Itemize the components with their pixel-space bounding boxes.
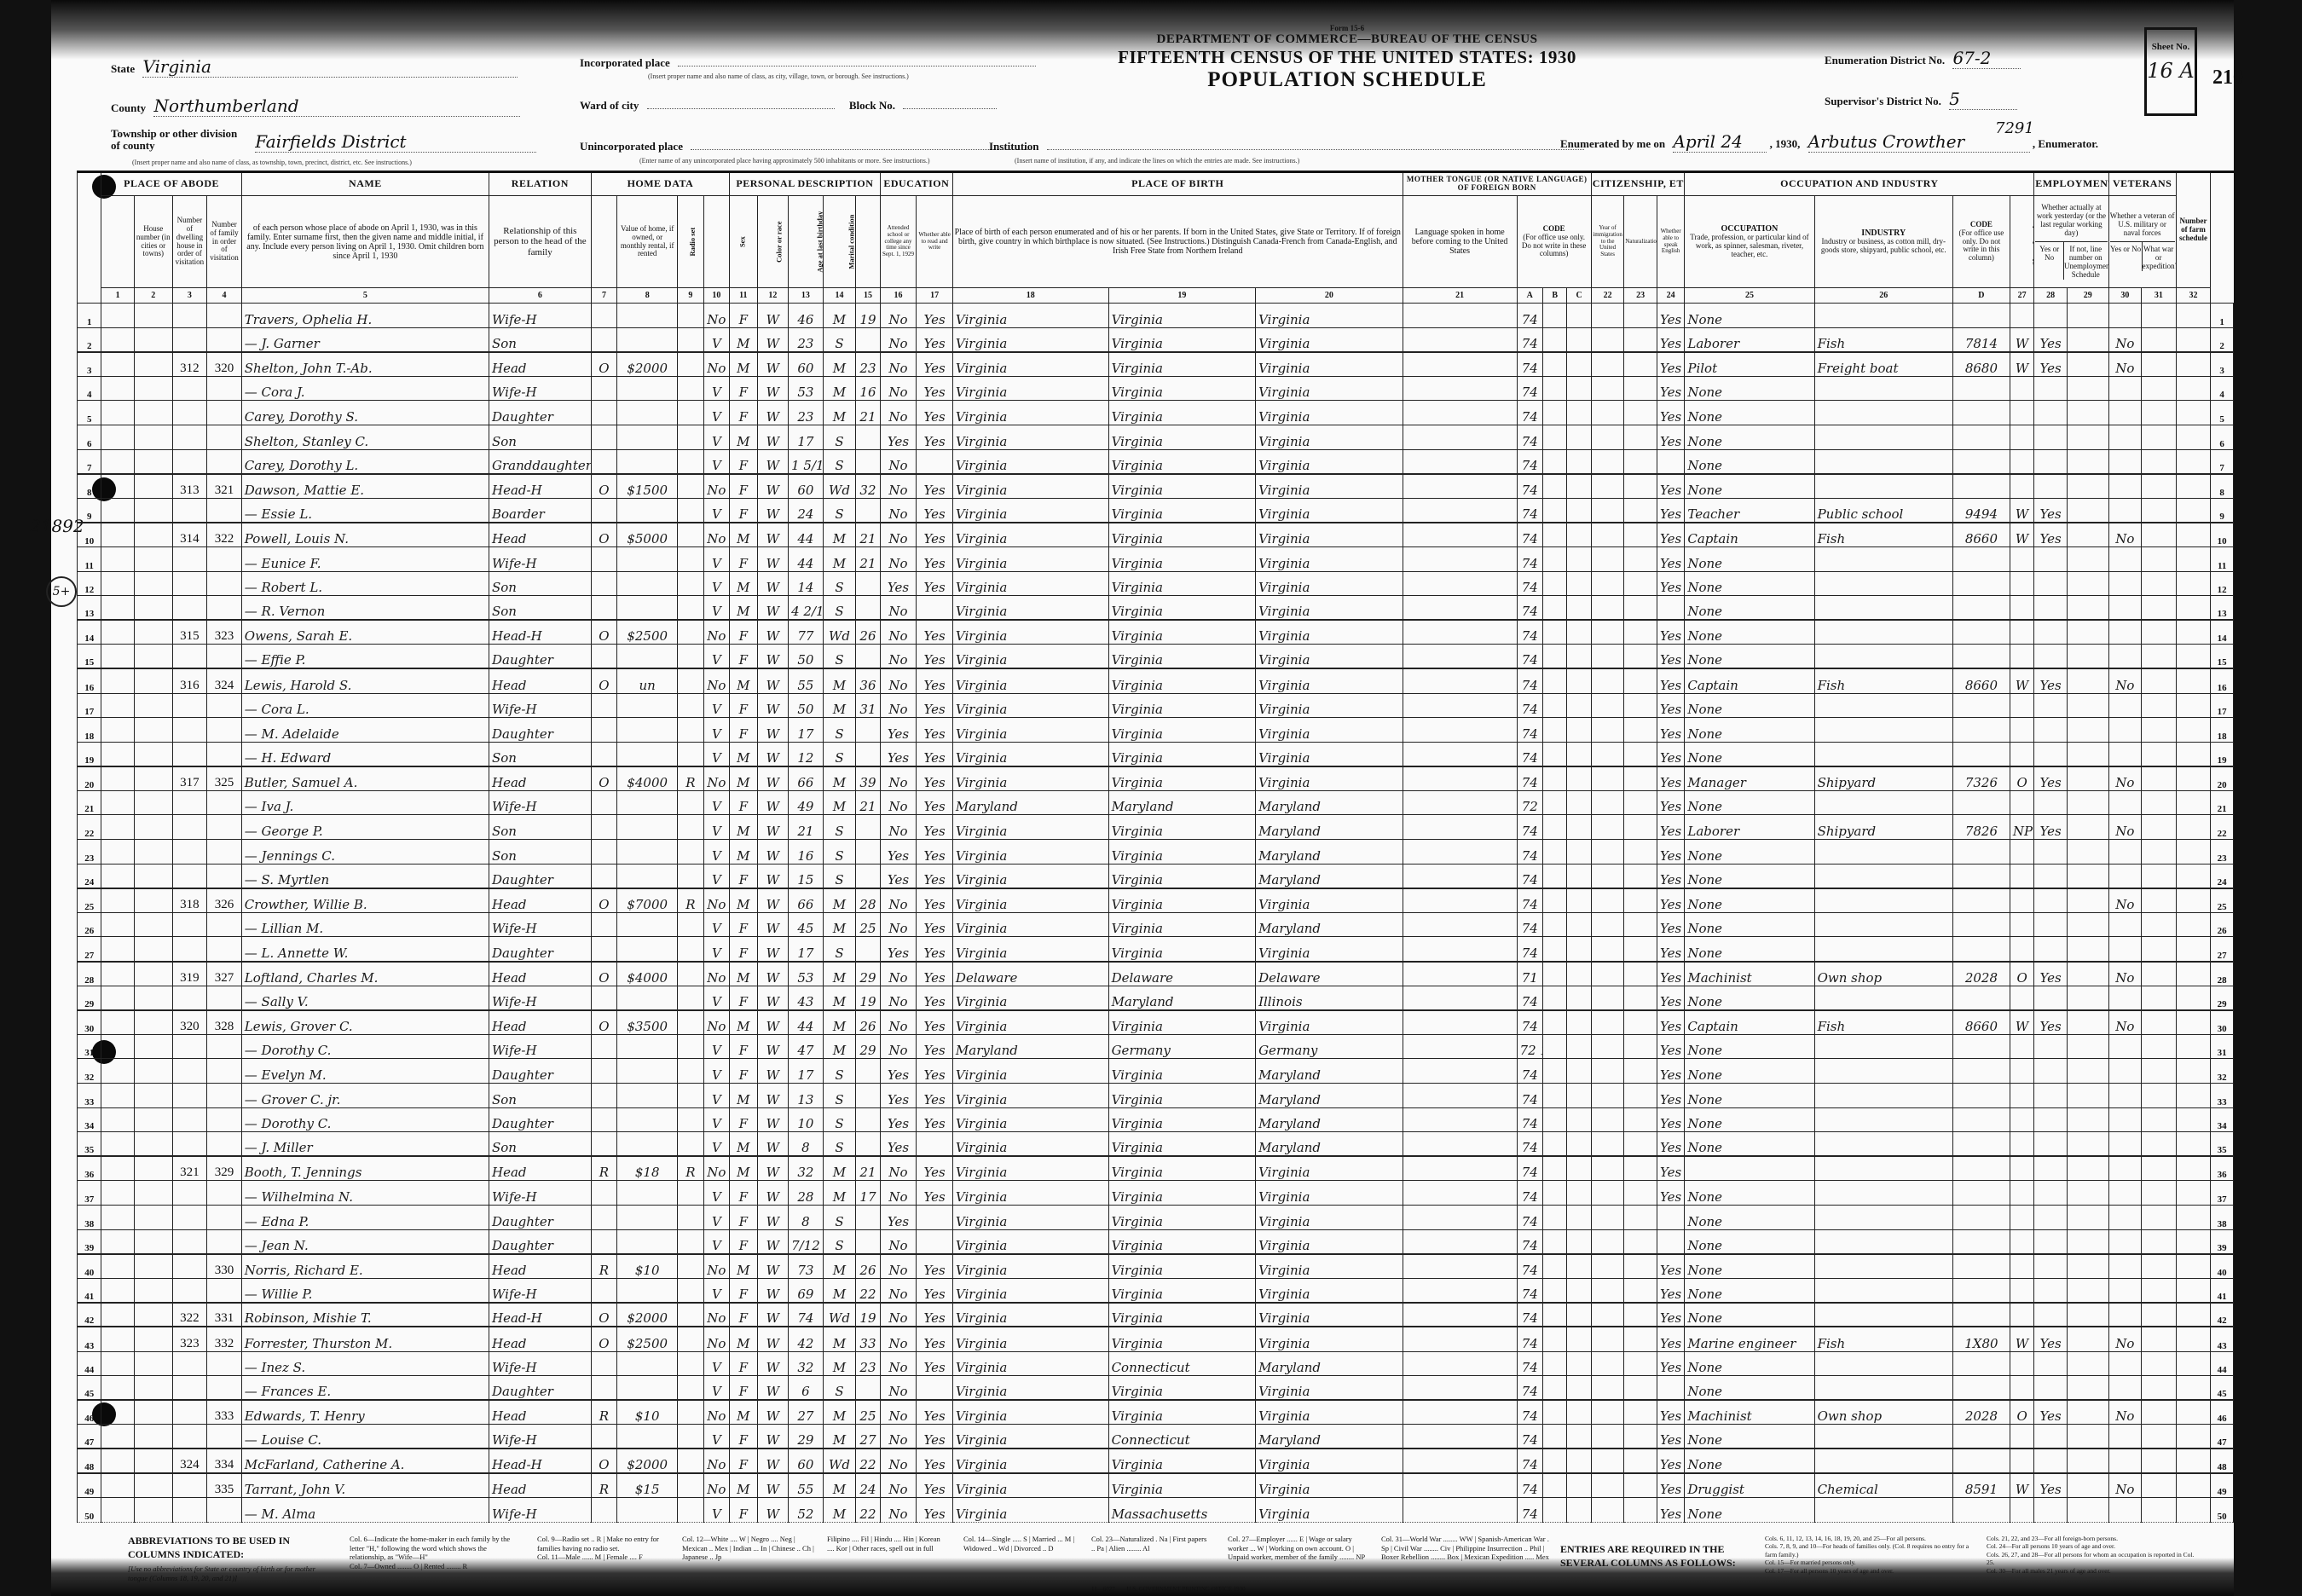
relation: Head	[489, 1400, 592, 1425]
farm: V	[703, 546, 729, 571]
home-value: $4000	[617, 766, 678, 791]
occupation-code: 8660	[1952, 668, 2010, 693]
birthplace-father: Maryland	[1108, 790, 1256, 815]
language	[1403, 1425, 1517, 1449]
home-owned	[591, 498, 616, 523]
veteran	[2108, 912, 2142, 937]
occupation-code	[1952, 1449, 2010, 1473]
sheet-number-box: Sheet No. 16 A	[2144, 27, 2197, 116]
table-row: 38— Edna P.DaughterVFW8SYesVirginiaVirgi…	[78, 1205, 2234, 1229]
line-number-right: 12	[2211, 571, 2234, 596]
attended-school: No	[880, 1156, 917, 1181]
line-number-right: 36	[2211, 1156, 2234, 1181]
birthplace-father: Virginia	[1108, 352, 1256, 377]
radio-set	[678, 352, 703, 377]
header-c11: Sex	[730, 196, 757, 288]
blank-cell	[101, 693, 135, 718]
line-number: 21	[78, 790, 101, 815]
age-first-marriage: 19	[856, 1303, 880, 1327]
race: W	[757, 742, 789, 766]
farm: No	[703, 1327, 729, 1351]
home-owned: O	[591, 766, 616, 791]
race: W	[757, 498, 789, 523]
blank-cell	[2067, 693, 2108, 718]
sex: M	[730, 327, 757, 352]
class-of-worker	[2010, 1254, 2033, 1279]
abbrev-col31: Col. 31—World War ........ WW | Spanish-…	[1381, 1535, 1552, 1562]
column-number: 16	[880, 288, 917, 304]
home-value	[617, 1425, 678, 1449]
entries-title: ENTRIES ARE REQUIRED IN THE SEVERAL COLU…	[1560, 1543, 1756, 1570]
birthplace-father: Virginia	[1108, 620, 1256, 645]
class-of-worker	[2010, 1376, 2033, 1401]
speaks-english: Yes	[1657, 1351, 1684, 1376]
class-of-worker	[2010, 1156, 2033, 1181]
blank-cell	[134, 912, 172, 937]
home-value: $15	[617, 1473, 678, 1498]
blank-cell	[1591, 668, 1624, 693]
age-first-marriage: 21	[856, 1156, 880, 1181]
marital: S	[823, 1205, 856, 1229]
occupation-code	[1952, 986, 2010, 1010]
attended-school: No	[880, 1034, 917, 1059]
occupation-code	[1952, 546, 2010, 571]
blank-cell	[2142, 1156, 2177, 1181]
blank-cell	[1567, 1278, 1591, 1303]
home-owned	[591, 864, 616, 888]
family-number	[207, 937, 242, 962]
class-of-worker	[2010, 1498, 2033, 1523]
header-c10: Does this family live on a farm?	[703, 196, 729, 288]
line-number-right: 29	[2211, 986, 2234, 1010]
blank-cell	[101, 1449, 135, 1473]
marital: M	[823, 304, 856, 328]
occupation: None	[1685, 1425, 1814, 1449]
farm: No	[703, 1010, 729, 1035]
line-number-right: 17	[2211, 693, 2234, 718]
sex: F	[730, 645, 757, 669]
blank-cell	[2142, 1254, 2177, 1279]
radio-set	[678, 620, 703, 645]
relation: Daughter	[489, 645, 592, 669]
line-number: 18	[78, 718, 101, 743]
blank-cell	[1567, 1351, 1591, 1376]
attended-school: No	[880, 790, 917, 815]
home-value	[617, 1084, 678, 1108]
radio-set	[678, 425, 703, 449]
language	[1403, 1205, 1517, 1229]
at-work	[2034, 376, 2068, 401]
enumerated-date: April 24	[1673, 131, 1767, 153]
language	[1403, 425, 1517, 449]
birthplace-father: Virginia	[1108, 815, 1256, 840]
age: 50	[789, 645, 824, 669]
person-name: — Lillian M.	[241, 912, 489, 937]
blank-cell	[101, 474, 135, 499]
farm: V	[703, 376, 729, 401]
marital: S	[823, 498, 856, 523]
header-c17: Whether able to read and write	[917, 196, 953, 288]
language	[1403, 962, 1517, 986]
age: 14	[789, 571, 824, 596]
blank-cell	[134, 742, 172, 766]
blank-cell	[2067, 1278, 2108, 1303]
age-first-marriage: 28	[856, 888, 880, 913]
race: W	[757, 1400, 789, 1425]
read-write	[917, 596, 953, 621]
blank-cell	[1542, 1327, 1566, 1351]
sex: F	[730, 864, 757, 888]
industry	[1814, 1084, 1952, 1108]
radio-set	[678, 840, 703, 864]
blank-cell	[101, 790, 135, 815]
home-owned	[591, 1498, 616, 1523]
home-owned: O	[591, 1010, 616, 1035]
age-first-marriage	[856, 498, 880, 523]
blank-cell	[1567, 571, 1591, 596]
relation: Wife-H	[489, 986, 592, 1010]
read-write: Yes	[917, 1351, 953, 1376]
blank-cell	[1567, 1205, 1591, 1229]
age-first-marriage	[856, 1107, 880, 1132]
blank-cell	[1542, 1205, 1566, 1229]
blank-cell	[2142, 596, 2177, 621]
home-value: $2500	[617, 1327, 678, 1351]
blank-cell	[1591, 645, 1624, 669]
birthplace-mother: Virginia	[1256, 1278, 1403, 1303]
sex: F	[730, 376, 757, 401]
blank-cell	[1567, 474, 1591, 499]
occupation-code	[1952, 376, 2010, 401]
blank-cell	[101, 1425, 135, 1449]
home-value	[617, 571, 678, 596]
dwelling-number	[172, 327, 207, 352]
read-write: Yes	[917, 742, 953, 766]
age-first-marriage	[856, 449, 880, 474]
home-value: un	[617, 668, 678, 693]
sex: F	[730, 449, 757, 474]
blank-cell	[134, 546, 172, 571]
read-write: Yes	[917, 571, 953, 596]
speaks-english: Yes	[1657, 1303, 1684, 1327]
occupation-code	[1952, 1084, 2010, 1108]
marital: M	[823, 986, 856, 1010]
blank-cell	[1567, 815, 1591, 840]
blank-cell	[134, 1498, 172, 1523]
birthplace-person: Virginia	[952, 1156, 1108, 1181]
speaks-english: Yes	[1657, 693, 1684, 718]
person-name: — Jennings C.	[241, 840, 489, 864]
speaks-english: Yes	[1657, 742, 1684, 766]
relation: Son	[489, 1084, 592, 1108]
occupation: None	[1685, 1376, 1814, 1401]
blank-cell	[101, 498, 135, 523]
birth-code: 74	[1517, 693, 1542, 718]
column-number: 5	[241, 288, 489, 304]
blank-cell	[2176, 986, 2211, 1010]
radio-set: R	[678, 888, 703, 913]
home-value	[617, 718, 678, 743]
blank-cell	[1542, 1107, 1566, 1132]
relation: Daughter	[489, 1059, 592, 1084]
marital: S	[823, 449, 856, 474]
table-row: 42322331Robinson, Mishie T.Head-HO$2000N…	[78, 1303, 2234, 1327]
blank-cell	[2142, 474, 2177, 499]
read-write: Yes	[917, 1449, 953, 1473]
line-number-right: 33	[2211, 1084, 2234, 1108]
veteran	[2108, 1278, 2142, 1303]
industry: Freight boat	[1814, 352, 1952, 377]
blank-cell	[101, 1376, 135, 1401]
blank-cell	[1542, 864, 1566, 888]
ed-value: 67-2	[1952, 48, 2021, 69]
blank-cell	[1591, 1034, 1624, 1059]
speaks-english: Yes	[1657, 546, 1684, 571]
sex: M	[730, 1400, 757, 1425]
sex: F	[730, 1278, 757, 1303]
group-mother-tongue: MOTHER TONGUE (OR NATIVE LANGUAGE) OF FO…	[1403, 172, 1591, 196]
industry	[1814, 840, 1952, 864]
sex: M	[730, 1254, 757, 1279]
blank-cell	[2176, 840, 2211, 864]
blank-cell	[2142, 1205, 2177, 1229]
at-work: Yes	[2034, 498, 2068, 523]
occupation: Captain	[1685, 1010, 1814, 1035]
sex: F	[730, 912, 757, 937]
birthplace-person: Virginia	[952, 1473, 1108, 1498]
blank-cell	[1567, 1059, 1591, 1084]
class-of-worker	[2010, 620, 2033, 645]
birthplace-father: Virginia	[1108, 376, 1256, 401]
birthplace-father: Virginia	[1108, 1278, 1256, 1303]
class-of-worker	[2010, 1059, 2033, 1084]
marital: M	[823, 693, 856, 718]
blank-cell	[2142, 766, 2177, 791]
blank-cell	[1624, 766, 1657, 791]
race: W	[757, 546, 789, 571]
birthplace-person: Virginia	[952, 864, 1108, 888]
language	[1403, 449, 1517, 474]
line-number: 17	[78, 693, 101, 718]
blank-cell	[2142, 1327, 2177, 1351]
blank-cell	[134, 596, 172, 621]
blank-cell	[1567, 840, 1591, 864]
blank-cell	[1591, 1351, 1624, 1376]
family-number: 327	[207, 962, 242, 986]
dwelling-number	[172, 1132, 207, 1157]
age-first-marriage: 33	[856, 1327, 880, 1351]
language	[1403, 474, 1517, 499]
header-c27: Class of worker	[2010, 196, 2033, 288]
family-number	[207, 304, 242, 328]
table-row: 43323332Forrester, Thurston M.HeadO$2500…	[78, 1327, 2234, 1351]
at-work	[2034, 449, 2068, 474]
blank-cell	[134, 1351, 172, 1376]
dwelling-number: 322	[172, 1303, 207, 1327]
blank-cell	[2142, 1473, 2177, 1498]
family-number	[207, 1084, 242, 1108]
column-number: 32	[2176, 288, 2211, 304]
age: 53	[789, 376, 824, 401]
family-number	[207, 1229, 242, 1254]
at-work: Yes	[2034, 668, 2068, 693]
family-number: 329	[207, 1156, 242, 1181]
age-first-marriage	[856, 815, 880, 840]
at-work: Yes	[2034, 1327, 2068, 1351]
blank-cell	[1567, 1254, 1591, 1279]
line-number: 22	[78, 815, 101, 840]
line-number: 16	[78, 668, 101, 693]
birthplace-father: Virginia	[1108, 1084, 1256, 1108]
header-c22: Year of immigration to the United States	[1591, 196, 1624, 288]
birth-code: 74	[1517, 523, 1542, 547]
blank-cell	[1624, 1107, 1657, 1132]
blank-cell	[2176, 1327, 2211, 1351]
marital: M	[823, 1156, 856, 1181]
sex: F	[730, 790, 757, 815]
age-first-marriage	[856, 425, 880, 449]
race: W	[757, 645, 789, 669]
person-name: — Robert L.	[241, 571, 489, 596]
at-work: Yes	[2034, 815, 2068, 840]
veteran	[2108, 1205, 2142, 1229]
blank-cell	[2176, 1278, 2211, 1303]
speaks-english: Yes	[1657, 888, 1684, 913]
blank-cell	[2176, 668, 2211, 693]
attended-school: Yes	[880, 1205, 917, 1229]
radio-set	[678, 1376, 703, 1401]
at-work: Yes	[2034, 766, 2068, 791]
dwelling-number	[172, 376, 207, 401]
birthplace-father: Virginia	[1108, 718, 1256, 743]
industry: Own shop	[1814, 962, 1952, 986]
line-number-right: 40	[2211, 1254, 2234, 1279]
blank-cell	[2176, 693, 2211, 718]
blank-cell	[134, 498, 172, 523]
attended-school: No	[880, 1327, 917, 1351]
sex: M	[730, 815, 757, 840]
person-name: Carey, Dorothy L.	[241, 449, 489, 474]
language	[1403, 1498, 1517, 1523]
blank-cell	[2176, 962, 2211, 986]
occupation-code	[1952, 401, 2010, 425]
blank-cell	[1567, 304, 1591, 328]
marital: M	[823, 401, 856, 425]
attended-school: No	[880, 645, 917, 669]
age: 44	[789, 523, 824, 547]
blank-cell	[1591, 742, 1624, 766]
age: 43	[789, 986, 824, 1010]
blank-cell	[1542, 523, 1566, 547]
class-of-worker	[2010, 986, 2033, 1010]
home-owned	[591, 937, 616, 962]
industry	[1814, 912, 1952, 937]
home-owned	[591, 1425, 616, 1449]
blank-cell	[1542, 1400, 1566, 1425]
blank-cell	[1624, 912, 1657, 937]
age-first-marriage: 21	[856, 790, 880, 815]
read-write: Yes	[917, 693, 953, 718]
group-employment: EMPLOYMENT	[2034, 172, 2108, 196]
sex: F	[730, 620, 757, 645]
home-owned	[591, 1229, 616, 1254]
blank-cell	[2176, 327, 2211, 352]
age: 50	[789, 693, 824, 718]
veteran	[2108, 1181, 2142, 1206]
read-write: Yes	[917, 912, 953, 937]
sex: M	[730, 596, 757, 621]
blank-cell	[1542, 449, 1566, 474]
sex: F	[730, 1425, 757, 1449]
farm: V	[703, 693, 729, 718]
farm: V	[703, 645, 729, 669]
marital: Wd	[823, 1303, 856, 1327]
relation: Son	[489, 742, 592, 766]
home-owned	[591, 645, 616, 669]
person-name: Carey, Dorothy S.	[241, 401, 489, 425]
birthplace-father: Virginia	[1108, 401, 1256, 425]
marital: S	[823, 840, 856, 864]
home-owned: R	[591, 1400, 616, 1425]
radio-set	[678, 1473, 703, 1498]
blank-cell	[2142, 864, 2177, 888]
home-value	[617, 401, 678, 425]
at-work	[2034, 742, 2068, 766]
attended-school: Yes	[880, 1059, 917, 1084]
enumerator-mark: 7291	[1995, 119, 2034, 137]
birthplace-mother: Maryland	[1256, 1084, 1403, 1108]
language	[1403, 1400, 1517, 1425]
birthplace-father: Virginia	[1108, 668, 1256, 693]
farm: V	[703, 718, 729, 743]
occupation: None	[1685, 718, 1814, 743]
attended-school: Yes	[880, 718, 917, 743]
veteran	[2108, 1084, 2142, 1108]
blank-cell	[134, 840, 172, 864]
at-work	[2034, 1303, 2068, 1327]
attended-school: Yes	[880, 425, 917, 449]
home-value	[617, 1181, 678, 1206]
table-row: 25318326Crowther, Willie B.HeadO$7000RNo…	[78, 888, 2234, 913]
blank-cell	[2176, 449, 2211, 474]
speaks-english: Yes	[1657, 1010, 1684, 1035]
blank-cell	[2142, 1498, 2177, 1523]
birthplace-father: Virginia	[1108, 1181, 1256, 1206]
unincorporated-field: Unincorporated place	[580, 140, 1032, 153]
birthplace-mother: Virginia	[1256, 1327, 1403, 1351]
radio-set	[678, 1400, 703, 1425]
age-first-marriage: 16	[856, 376, 880, 401]
age: 60	[789, 1449, 824, 1473]
industry	[1814, 1498, 1952, 1523]
radio-set	[678, 1181, 703, 1206]
veteran	[2108, 1034, 2142, 1059]
occupation: None	[1685, 571, 1814, 596]
blank-cell	[1542, 1351, 1566, 1376]
attended-school: No	[880, 596, 917, 621]
sd-field: Supervisor's District No. 5	[1825, 89, 2017, 110]
birth-code: 74	[1517, 1376, 1542, 1401]
ed-field: Enumeration District No. 67-2	[1825, 48, 2021, 69]
attended-school: No	[880, 474, 917, 499]
dwelling-number	[172, 1376, 207, 1401]
veteran	[2108, 1132, 2142, 1157]
home-value	[617, 1278, 678, 1303]
marital: M	[823, 376, 856, 401]
blank-cell	[134, 645, 172, 669]
speaks-english: Yes	[1657, 425, 1684, 449]
person-name: Lewis, Grover C.	[241, 1010, 489, 1035]
